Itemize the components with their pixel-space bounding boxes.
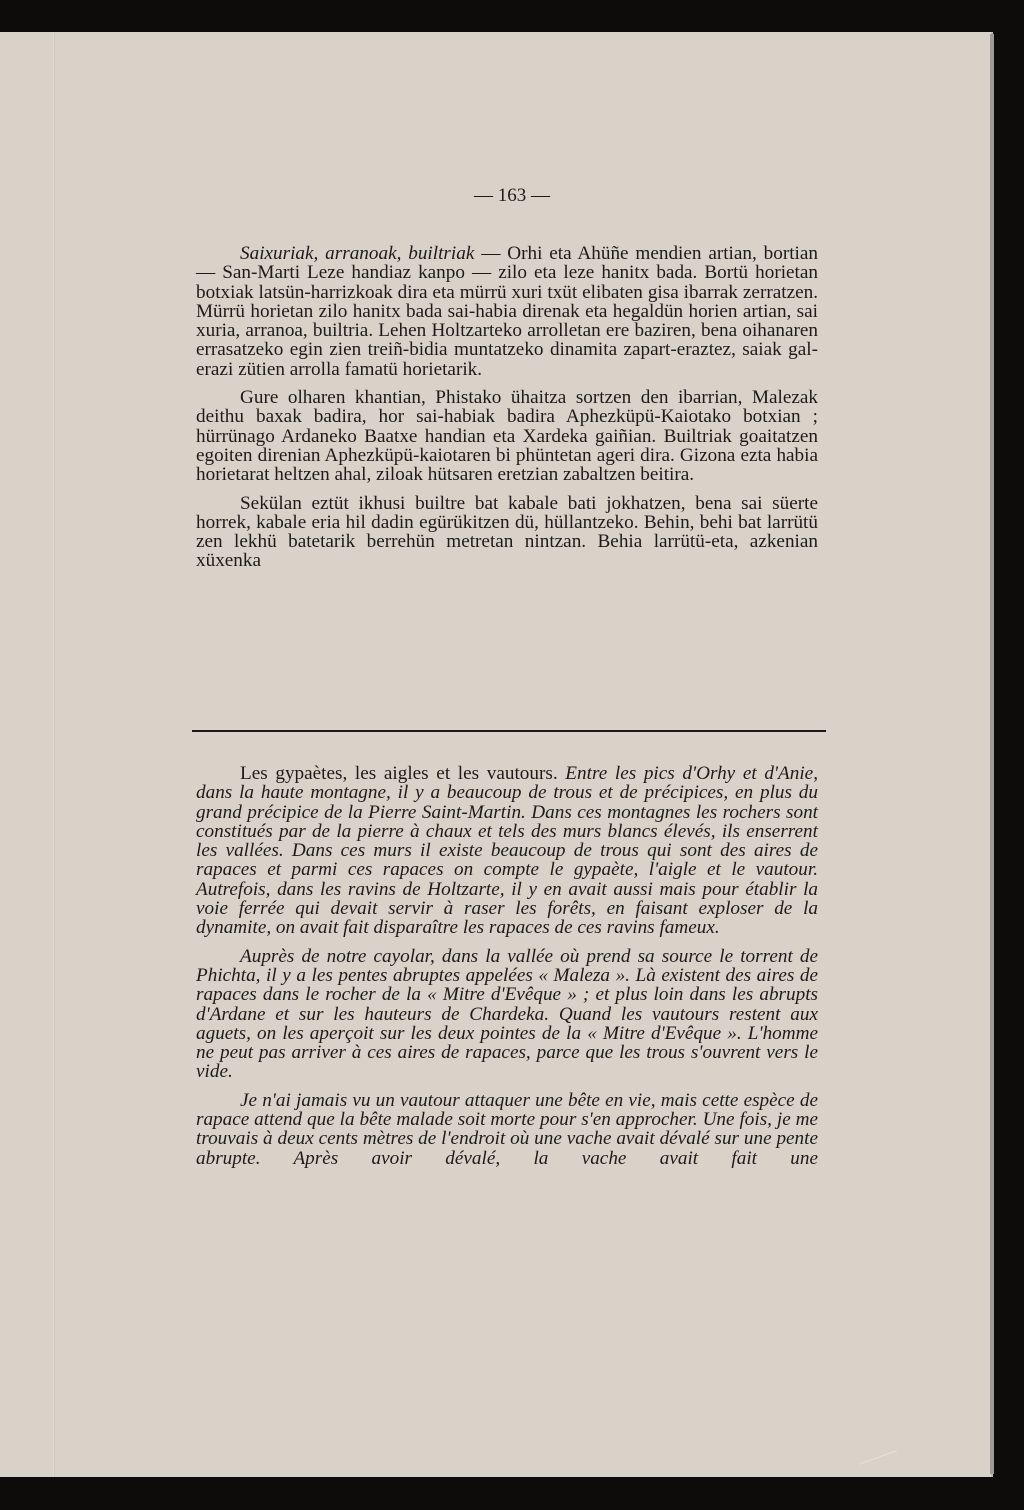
book-page: — 163 — Saixuriak, arranoak, builtriak —… — [0, 32, 993, 1477]
basque-section-heading: Saixuriak, arranoak, builtriak — [240, 243, 474, 264]
french-section-heading: Les gypaètes, les aigles et les vautours… — [240, 763, 558, 784]
section-divider-rule — [192, 730, 826, 732]
page-gutter-fold — [53, 32, 55, 1477]
basque-text-column: Saixuriak, arranoak, builtriak — Orhi et… — [196, 244, 818, 580]
french-paragraph-2: Auprès de notre cayolar, dans la vallée … — [196, 947, 818, 1082]
french-paragraph-3: Je n'ai jamais vu un vautour attaquer un… — [196, 1091, 818, 1168]
french-paragraph-1: Les gypaètes, les aigles et les vautours… — [196, 764, 818, 938]
paper-crease-mark — [859, 1450, 897, 1465]
page-stack-edge — [990, 34, 994, 1474]
page-number: — 163 — — [0, 185, 1024, 207]
basque-paragraph-2: Gure olharen khantian, Phistako ühaitza … — [196, 388, 818, 484]
basque-paragraph-1: Saixuriak, arranoak, builtriak — Orhi et… — [196, 244, 818, 379]
french-translation-column: Les gypaètes, les aigles et les vautours… — [196, 764, 818, 1177]
basque-paragraph-3: Sekülan eztüt ikhusi builtre bat kabale … — [196, 494, 818, 571]
